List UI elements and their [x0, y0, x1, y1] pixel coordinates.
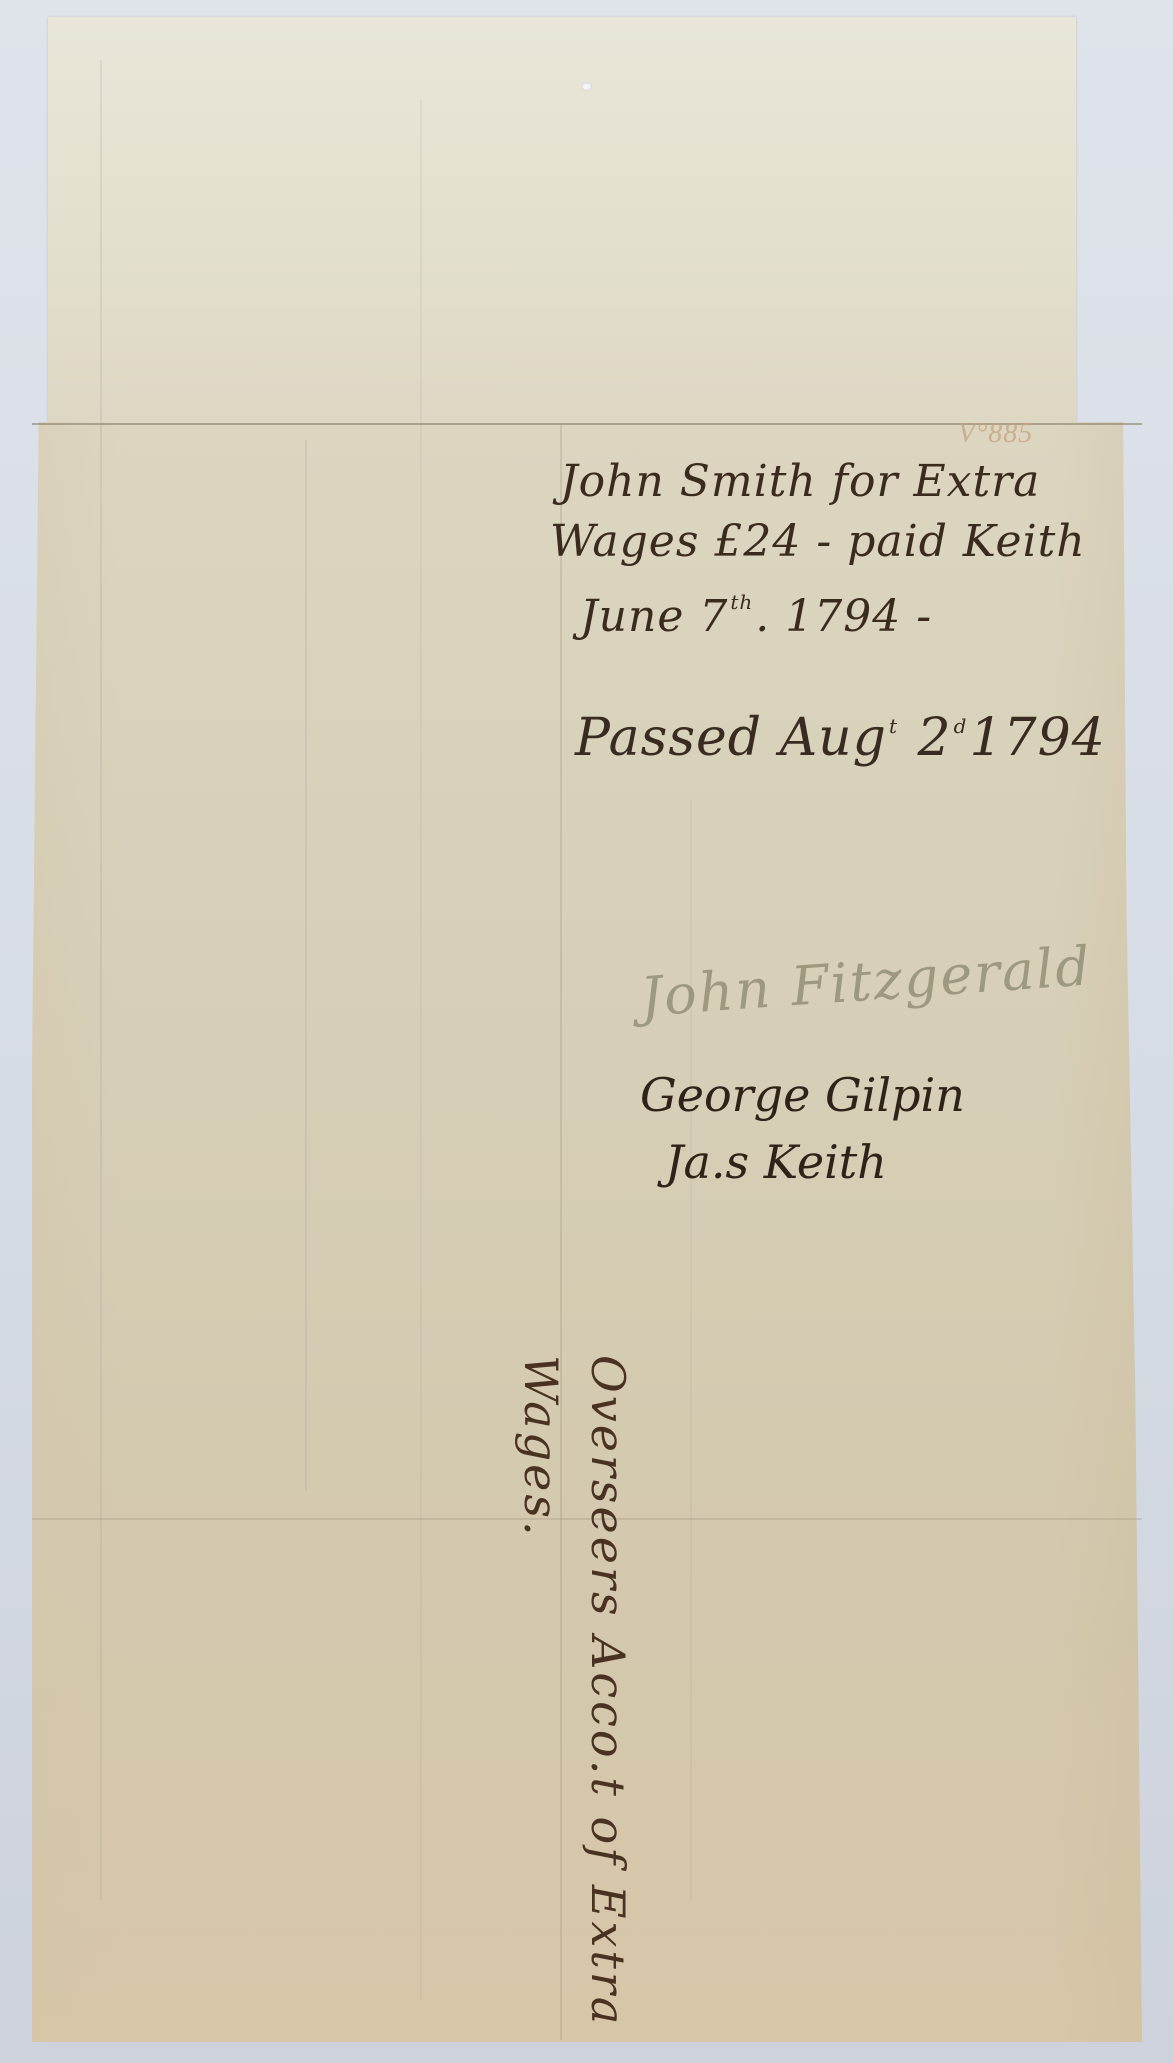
entry-line-2: Wages £24 - paid Keith	[550, 512, 1086, 572]
passed-month: Aug	[780, 708, 887, 768]
ruled-line	[100, 60, 102, 1900]
entry-line-1: John Smith for Extra	[560, 452, 1086, 512]
entry-date-month-day: June 7	[580, 591, 728, 642]
passed-year: 1794	[969, 708, 1105, 768]
passed-month-suffix: t	[889, 714, 898, 738]
ruled-line	[420, 100, 422, 2000]
signature-jas-keith: Ja.s Keith	[665, 1135, 887, 1189]
docket-line-1: Overseers Acco.t of Extra	[581, 1355, 635, 2027]
payment-entry: John Smith for Extra Wages £24 - paid Ke…	[560, 452, 1086, 647]
archive-number: V°885	[958, 418, 1033, 450]
entry-line-3: June 7th. 1794 -	[580, 572, 1086, 647]
ruled-line	[305, 440, 307, 1490]
pin-hole	[581, 82, 592, 91]
passed-note: Passed Augt 2d1794	[575, 708, 1106, 768]
signature-george-gilpin: George Gilpin	[640, 1068, 965, 1122]
docket-line-2: Wages.	[514, 1355, 568, 1539]
passed-word: Passed	[575, 708, 762, 768]
entry-date-suffix: th	[730, 590, 753, 614]
entry-date-year: . 1794 -	[755, 591, 932, 642]
fold-line-vertical	[560, 425, 562, 2040]
document-paper: V°885 John Smith for Extra Wages £24 - p…	[0, 0, 1173, 2063]
passed-day-suffix: d	[954, 714, 968, 738]
passed-day: 2	[918, 708, 952, 768]
paper-top-flap	[48, 17, 1076, 425]
